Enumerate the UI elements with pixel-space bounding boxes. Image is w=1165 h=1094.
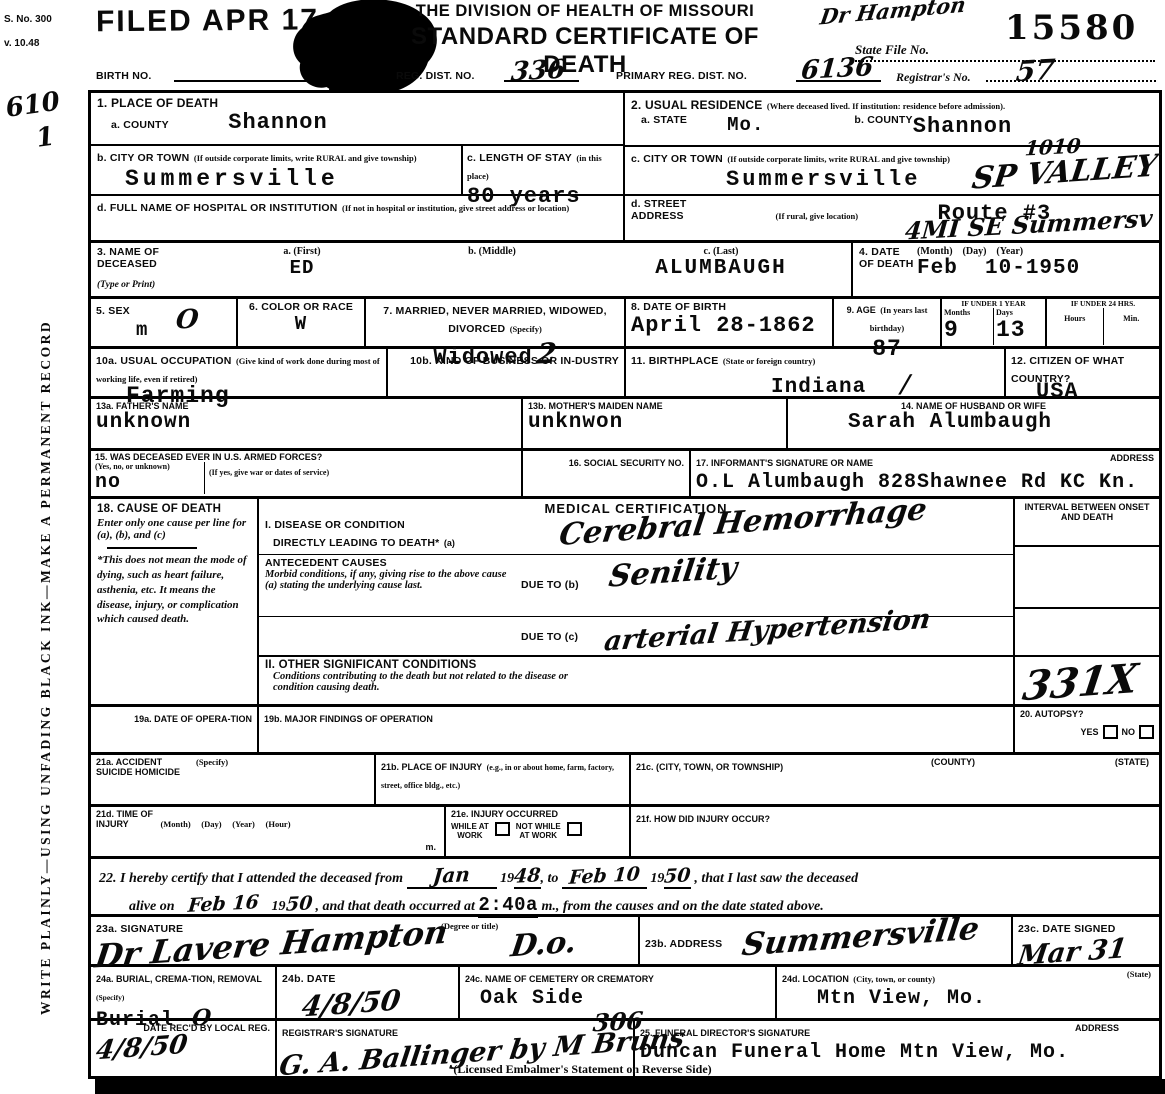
registrar-no-label: Registrar's No. bbox=[896, 70, 971, 85]
margin-handwritten-note: 610 1 bbox=[4, 85, 67, 160]
last-name-label: c. (Last) bbox=[597, 246, 845, 257]
row-operation-autopsy: 19a. DATE OF OPERA-TION 19b. MAJOR FINDI… bbox=[91, 707, 1159, 755]
certify-to-hand: Feb 10 bbox=[568, 863, 641, 889]
race-label: 6. COLOR OR RACE bbox=[243, 301, 359, 313]
section-autopsy: 20. AUTOPSY? YES NO bbox=[1015, 707, 1159, 752]
disease-label-1: I. DISEASE OR CONDITION bbox=[265, 519, 405, 531]
marital-note: (Specify) bbox=[510, 324, 542, 334]
form-number: S. No. 300 v. 10.48 bbox=[4, 8, 52, 56]
disease-label-2: DIRECTLY LEADING TO DEATH* bbox=[273, 537, 439, 549]
burial-location-label: 24d. LOCATION bbox=[782, 974, 849, 984]
section-injury-location: 21c. (CITY, TOWN, OR TOWNSHIP) (COUNTY) … bbox=[631, 755, 1159, 804]
ssn-label: 16. SOCIAL SECURITY NO. bbox=[569, 458, 684, 468]
city-value: Summersville bbox=[125, 166, 455, 192]
first-name-value: ED bbox=[217, 257, 387, 279]
min-label: Min. bbox=[1123, 314, 1139, 323]
cause-instr1: Enter only one cause per line for (a), (… bbox=[97, 517, 251, 541]
cause-instr2: *This does not mean the mode of dying, s… bbox=[97, 553, 251, 627]
section-spouse: 14. NAME OF HUSBAND OR WIFE Sarah Alumba… bbox=[788, 399, 1159, 448]
certify-num: 22. bbox=[99, 871, 117, 886]
section-injury-occurred: 21e. INJURY OCCURRED WHILE ATWORK NOT WH… bbox=[446, 807, 631, 856]
state-file-label: State File No. bbox=[855, 42, 1155, 62]
spouse-value: Sarah Alumbaugh bbox=[848, 411, 1154, 434]
forces-value: no bbox=[95, 471, 204, 494]
burial-date-label: 24b. DATE bbox=[282, 973, 336, 985]
section-date-of-birth: 8. DATE OF BIRTH April 28-1862 bbox=[626, 299, 834, 346]
birth-no-field bbox=[174, 80, 384, 82]
section-armed-forces: 15. WAS DECEASED EVER IN U.S. ARMED FORC… bbox=[91, 451, 523, 496]
certify-text-6: m., from the causes and on the date stat… bbox=[541, 899, 823, 914]
dob-label: 8. DATE OF BIRTH bbox=[631, 301, 827, 313]
certify-year1-hand: 48 bbox=[513, 864, 541, 888]
operation-findings-label: 19b. MAJOR FINDINGS OF OPERATION bbox=[264, 714, 433, 724]
birth-no-label: BIRTH NO. bbox=[96, 70, 151, 82]
row-place-residence: 1. PLACE OF DEATH a. COUNTY Shannon b. C… bbox=[91, 93, 1159, 243]
certify-year2-pre: 19 bbox=[650, 871, 664, 886]
certify-text-4: alive on bbox=[129, 899, 175, 914]
interval-code: 331X bbox=[1020, 655, 1141, 711]
row-sex-race-marital-birth-age: 5. SEX m O 6. COLOR OR RACE W 7. MARRIED… bbox=[91, 299, 1159, 349]
residence-city-note: (If outside corporate limits, write RURA… bbox=[727, 154, 950, 164]
forces-note1: (Yes, no, or unknown) bbox=[95, 462, 204, 471]
hours-label: Hours bbox=[1064, 314, 1085, 323]
burial-location-note: (City, town, or county) bbox=[853, 974, 935, 984]
certify-alive-hand: Feb 16 bbox=[187, 891, 260, 917]
under-1-year-label: IF UNDER 1 YEAR bbox=[942, 299, 1045, 308]
residence-county-label: b. COUNTY bbox=[854, 114, 912, 139]
certify-text-5: , and that death occurred at bbox=[315, 899, 474, 914]
certify-text-2: , to bbox=[541, 871, 559, 886]
age-note: (In years last birthday) bbox=[870, 305, 928, 333]
section-signature: 23a. SIGNATURE (Degree or title) Dr Lave… bbox=[91, 917, 640, 964]
age-label: 9. AGE bbox=[847, 305, 876, 315]
section-place-of-injury: 21b. PLACE OF INJURY (e.g., in or about … bbox=[376, 755, 631, 804]
cause-a-value: Cerebral Hemorrhage bbox=[557, 492, 929, 553]
injury-time-columns: (Month) (Day) (Year) (Hour) bbox=[160, 819, 290, 829]
other-conditions-title: II. OTHER SIGNIFICANT CONDITIONS bbox=[265, 659, 1007, 671]
birthplace-label: 11. BIRTHPLACE bbox=[631, 355, 718, 367]
other-conditions-note: Conditions contributing to the death but… bbox=[273, 671, 573, 693]
burial-date-hand: 4/8/50 bbox=[300, 983, 403, 1023]
deceased-subtitle: (Type or Print) bbox=[97, 280, 217, 290]
due-to-c-label: DUE TO (c) bbox=[521, 631, 578, 643]
days-label: Days bbox=[996, 308, 1045, 317]
section-occupation: 10a. USUAL OCCUPATION (Give kind of work… bbox=[91, 349, 388, 396]
registrar-signature-label: REGISTRAR'S SIGNATURE bbox=[282, 1028, 398, 1038]
months-label: Months bbox=[944, 308, 993, 317]
hospital-label: d. FULL NAME OF HOSPITAL OR INSTITUTION bbox=[97, 202, 338, 214]
section-birthplace: 11. BIRTHPLACE (State or foreign country… bbox=[626, 349, 1006, 396]
degree-hand: D.o. bbox=[509, 925, 579, 965]
certify-year3-pre: 19 bbox=[272, 899, 286, 914]
section-signature-address: 23b. ADDRESS Summersville bbox=[640, 917, 1013, 964]
injury-state-label: (STATE) bbox=[1115, 757, 1149, 767]
section-father: 13a. FATHER'S NAME unknown bbox=[91, 399, 523, 448]
title-division: THE DIVISION OF HEALTH OF MISSOURI bbox=[370, 2, 800, 21]
certify-year1-pre: 19 bbox=[500, 871, 514, 886]
funeral-director-value: Duncan Funeral Home Mtn View, Mo. bbox=[640, 1041, 1154, 1064]
sex-label: 5. SEX bbox=[96, 305, 130, 317]
section-sex: 5. SEX m O bbox=[91, 299, 238, 346]
occupation-label: 10a. USUAL OCCUPATION bbox=[96, 355, 231, 367]
certify-year3-hand: 50 bbox=[285, 892, 313, 916]
section-place-of-death: 1. PLACE OF DEATH a. COUNTY Shannon b. C… bbox=[91, 93, 625, 240]
section-color-race: 6. COLOR OR RACE W bbox=[238, 299, 366, 346]
father-value: unknown bbox=[96, 411, 516, 434]
father-label: 13a. FATHER'S NAME bbox=[96, 401, 516, 411]
cause-title: 18. CAUSE OF DEATH bbox=[97, 503, 251, 515]
street-note: (If rural, give location) bbox=[775, 211, 858, 221]
medical-certification-column: MEDICAL CERTIFICATION I. DISEASE OR COND… bbox=[259, 499, 1015, 704]
middle-name-label: b. (Middle) bbox=[387, 246, 597, 257]
section-marital-status: 7. MARRIED, NEVER MARRIED, WIDOWED, DIVO… bbox=[366, 299, 626, 346]
embalmer-statement-note: (Licensed Embalmer's Statement on Revers… bbox=[0, 1062, 1165, 1077]
reg-dist-value: 336 bbox=[510, 54, 567, 87]
mother-label: 13b. MOTHER'S MAIDEN NAME bbox=[528, 401, 781, 411]
race-value: W bbox=[243, 313, 359, 335]
date-of-death-columns: (Month) (Day) (Year) bbox=[917, 246, 1153, 257]
dob-value: April 28-1862 bbox=[631, 313, 827, 338]
death-certificate-document: { "header": { "form_no": "S. No. 300\nv.… bbox=[0, 0, 1165, 1094]
physician-handwritten-note: Dr Hampton bbox=[818, 0, 967, 30]
injury-occurred-label: 21e. INJURY OCCURRED bbox=[451, 809, 624, 819]
interval-column: INTERVAL BETWEEN ONSET AND DEATH 331X bbox=[1015, 499, 1159, 704]
accident-label: 21a. ACCIDENT SUICIDE HOMICIDE bbox=[96, 757, 196, 802]
section-mother: 13b. MOTHER'S MAIDEN NAME unknwon bbox=[523, 399, 788, 448]
autopsy-no-label: NO bbox=[1122, 727, 1136, 737]
certify-from-hand: Jan bbox=[432, 862, 471, 888]
autopsy-yes-label: YES bbox=[1080, 727, 1098, 737]
section-industry: 10b. KIND OF BUSINESS OR IN-DUSTRY bbox=[388, 349, 626, 396]
residence-city-label: c. CITY OR TOWN bbox=[631, 153, 723, 165]
informant-address-label: ADDRESS bbox=[1110, 453, 1154, 463]
autopsy-label: 20. AUTOPSY? bbox=[1020, 709, 1154, 719]
margin-vertical-instruction: WRITE PLAINLY—USING UNFADING BLACK INK—M… bbox=[38, 185, 54, 1015]
while-at-work-checkbox bbox=[495, 822, 510, 836]
first-name-label: a. (First) bbox=[217, 246, 387, 257]
county-value: Shannon bbox=[228, 110, 327, 135]
section-ssn: 16. SOCIAL SECURITY NO. bbox=[523, 451, 691, 496]
section-how-injury-occurred: 21f. HOW DID INJURY OCCUR? bbox=[631, 807, 1159, 856]
interval-label: INTERVAL BETWEEN ONSET AND DEATH bbox=[1015, 499, 1159, 525]
residence-county-value: Shannon bbox=[913, 114, 1012, 139]
date-received-hand: 4/8/50 bbox=[94, 1030, 189, 1067]
city-note: (If outside corporate limits, write RURA… bbox=[194, 153, 417, 163]
last-name-value: ALUMBAUGH bbox=[597, 257, 845, 280]
left-margin: S. No. 300 v. 10.48 610 1 WRITE PLAINLY—… bbox=[0, 0, 88, 1094]
burial-location-value: Mtn View, Mo. bbox=[817, 987, 1154, 1010]
date-of-death-value: Feb 10-1950 bbox=[917, 257, 1153, 280]
deceased-title: 3. NAME OF DECEASED bbox=[97, 246, 217, 270]
section-usual-residence: 2. USUAL RESIDENCE (Where deceased lived… bbox=[625, 93, 1159, 240]
row-signature: 23a. SIGNATURE (Degree or title) Dr Lave… bbox=[91, 917, 1159, 967]
burial-location-state: (State) bbox=[1127, 969, 1151, 979]
funeral-director-address-label: ADDRESS bbox=[1075, 1023, 1119, 1033]
section-citizen: 12. CITIZEN OF WHAT COUNTRY? USA bbox=[1006, 349, 1159, 396]
row-occupation-birthplace: 10a. USUAL OCCUPATION (Give kind of work… bbox=[91, 349, 1159, 399]
months-value: 9 bbox=[944, 317, 993, 343]
burial-label: 24a. BURIAL, CREMA-TION, REMOVAL bbox=[96, 974, 262, 984]
operation-date-label: 19a. DATE OF OPERA-TION bbox=[134, 714, 252, 724]
not-while-at-work-checkbox bbox=[567, 822, 582, 836]
forces-label: 15. WAS DECEASED EVER IN U.S. ARMED FORC… bbox=[95, 452, 517, 462]
reg-dist-underline bbox=[504, 80, 579, 82]
primary-reg-label: PRIMARY REG. DIST. NO. bbox=[616, 70, 747, 82]
residence-state-value: Mo. bbox=[727, 114, 764, 139]
not-while-at-work-label: NOT WHILEAT WORK bbox=[516, 822, 561, 840]
registrar-code-hand: 306 bbox=[592, 1006, 645, 1038]
reg-dist-label: REG. DIST. NO. bbox=[396, 70, 475, 82]
cemetery-label: 24c. NAME OF CEMETERY OR CREMATORY bbox=[465, 974, 654, 984]
row-cause-of-death: 18. CAUSE OF DEATH Enter only one cause … bbox=[91, 499, 1159, 707]
hospital-note: (If not in hospital or institution, give… bbox=[342, 203, 569, 213]
row-certification: 22. I hereby certify that I attended the… bbox=[91, 859, 1159, 917]
autopsy-yes-checkbox bbox=[1103, 725, 1118, 739]
due-to-b-label: DUE TO (b) bbox=[521, 579, 579, 591]
injury-city-label: 21c. (CITY, TOWN, OR TOWNSHIP) bbox=[636, 762, 783, 772]
injury-time-label: 21d. TIME OF INJURY bbox=[96, 809, 156, 829]
place-of-death-title: 1. PLACE OF DEATH bbox=[97, 96, 617, 110]
residence-title-note: (Where deceased lived. If institution: r… bbox=[767, 101, 1005, 111]
registrar-no-underline bbox=[986, 80, 1156, 82]
city-label: b. CITY OR TOWN bbox=[97, 152, 189, 164]
informant-value: O.L Alumbaugh 828Shawnee Rd KC Kn. bbox=[696, 471, 1154, 494]
row-injury-1: 21a. ACCIDENT SUICIDE HOMICIDE (Specify)… bbox=[91, 755, 1159, 807]
sex-hand: O bbox=[175, 304, 200, 335]
antecedent-note: Morbid conditions, if any, giving rise t… bbox=[265, 569, 515, 591]
certify-text-1: I hereby certify that I attended the dec… bbox=[120, 871, 403, 886]
date-signed-label: 23c. DATE SIGNED bbox=[1018, 923, 1116, 935]
stay-label: c. LENGTH OF STAY bbox=[467, 152, 572, 164]
residence-title: 2. USUAL RESIDENCE bbox=[631, 98, 762, 112]
registrar-no-value: 57 bbox=[1015, 53, 1057, 88]
section-time-of-injury: 21d. TIME OF INJURY (Month) (Day) (Year)… bbox=[91, 807, 446, 856]
section-operation-findings: 19b. MAJOR FINDINGS OF OPERATION bbox=[259, 707, 1015, 752]
accident-note: (Specify) bbox=[196, 757, 228, 802]
birthplace-value: Indiana bbox=[771, 376, 866, 399]
while-at-work-label: WHILE ATWORK bbox=[451, 822, 489, 840]
how-injury-label: 21f. HOW DID INJURY OCCUR? bbox=[636, 814, 770, 824]
mother-value: unknwon bbox=[528, 411, 781, 434]
section-burial-type: 24a. BURIAL, CREMA-TION, REMOVAL (Specif… bbox=[91, 967, 277, 1018]
certify-time-typed: 2:40a bbox=[478, 894, 538, 916]
section-date-of-death: 4. DATE OF DEATH (Month) (Day) (Year) Fe… bbox=[853, 243, 1159, 296]
burial-note: (Specify) bbox=[96, 993, 124, 1002]
certificate-form: 1. PLACE OF DEATH a. COUNTY Shannon b. C… bbox=[88, 90, 1162, 1079]
disease-tag-a: (a) bbox=[444, 538, 455, 548]
row-parents-spouse: 13a. FATHER'S NAME unknown 13b. MOTHER'S… bbox=[91, 399, 1159, 451]
birthplace-hand: / bbox=[899, 369, 910, 399]
signature-address-hand: Summersville bbox=[739, 911, 981, 964]
industry-label: 10b. KIND OF BUSINESS OR IN-DUSTRY bbox=[410, 355, 619, 367]
injury-county-label: (COUNTY) bbox=[931, 757, 975, 767]
section-accident-suicide: 21a. ACCIDENT SUICIDE HOMICIDE (Specify) bbox=[91, 755, 376, 804]
scan-bottom-bar bbox=[95, 1079, 1165, 1094]
sex-value: m bbox=[136, 319, 148, 341]
section-name-of-deceased: 3. NAME OF DECEASED (Type or Print) a. (… bbox=[91, 243, 853, 296]
certify-year2-hand: 50 bbox=[663, 864, 691, 888]
place-injury-label: 21b. PLACE OF INJURY bbox=[381, 762, 482, 772]
days-value: 13 bbox=[996, 317, 1045, 343]
section-informant: 17. INFORMANT'S SIGNATURE OR NAME ADDRES… bbox=[691, 451, 1159, 496]
street-label: d. STREET ADDRESS bbox=[631, 198, 711, 222]
section-burial-location: 24d. LOCATION (City, town, or county) (S… bbox=[777, 967, 1159, 1018]
row-forces-ssn-informant: 15. WAS DECEASED EVER IN U.S. ARMED FORC… bbox=[91, 451, 1159, 499]
birthplace-note: (State or foreign country) bbox=[723, 356, 815, 366]
certify-text-3: , that I last saw the deceased bbox=[694, 871, 858, 886]
section-date-signed: 23c. DATE SIGNED Mar 31 bbox=[1013, 917, 1159, 964]
county-label: a. COUNTY bbox=[111, 119, 169, 131]
section-burial-date: 24b. DATE 4/8/50 bbox=[277, 967, 460, 1018]
section-age: 9. AGE (In years last birthday) 87 IF UN… bbox=[834, 299, 1159, 346]
section-date-of-operation: 19a. DATE OF OPERA-TION bbox=[91, 707, 259, 752]
cause-instructions-column: 18. CAUSE OF DEATH Enter only one cause … bbox=[91, 499, 259, 704]
registration-line: BIRTH NO. REG. DIST. NO. 336 PRIMARY REG… bbox=[96, 62, 1158, 90]
row-injury-2: 21d. TIME OF INJURY (Month) (Day) (Year)… bbox=[91, 807, 1159, 859]
injury-time-m: m. bbox=[425, 842, 436, 852]
forces-note2: (If yes, give war or dates of service) bbox=[209, 468, 329, 477]
row-name-dateofdeath: 3. NAME OF DECEASED (Type or Print) a. (… bbox=[91, 243, 1159, 299]
signature-address-label: 23b. ADDRESS bbox=[645, 938, 722, 950]
primary-reg-underline bbox=[796, 80, 881, 82]
residence-state-label: a. STATE bbox=[641, 114, 687, 139]
informant-label: 17. INFORMANT'S SIGNATURE OR NAME bbox=[696, 458, 873, 468]
autopsy-no-checkbox bbox=[1139, 725, 1154, 739]
degree-note: (Degree or title) bbox=[441, 921, 498, 931]
spouse-label: 14. NAME OF HUSBAND OR WIFE bbox=[793, 401, 1154, 411]
marital-label: 7. MARRIED, NEVER MARRIED, WIDOWED, DIVO… bbox=[383, 305, 606, 335]
date-of-death-title: 4. DATE OF DEATH bbox=[859, 246, 917, 293]
under-24-hrs-label: IF UNDER 24 HRS. bbox=[1047, 299, 1159, 308]
